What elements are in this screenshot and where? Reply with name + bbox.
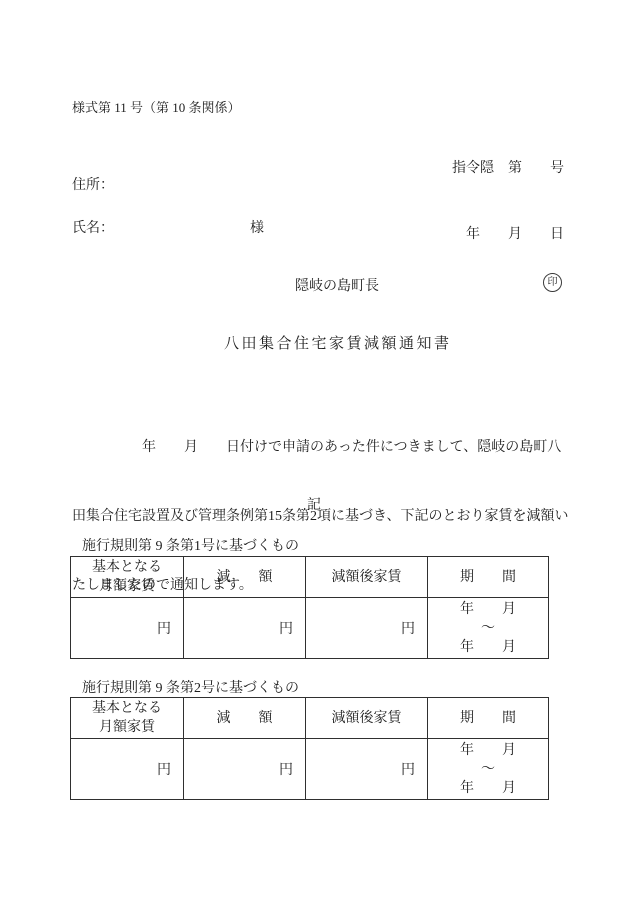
header-reduced-rent: 減額後家賃 — [306, 698, 428, 739]
period-cell: 年 月 ～ 年 月 — [428, 739, 549, 800]
document-page: 様式第 11 号（第 10 条関係） 指令隠 第 号 年 月 日 住所： 氏名：… — [0, 0, 630, 903]
document-title: 八田集合住宅家賃減額通知書 — [224, 332, 452, 353]
header-reduction: 減 額 — [184, 698, 306, 739]
period-cell: 年 月 ～ 年 月 — [428, 598, 549, 659]
header-reduction: 減 額 — [184, 557, 306, 598]
reduction-table-1: 基本となる 月額家賃 減 額 減額後家賃 期 間 円 円 円 年 月 ～ 年 月 — [70, 556, 549, 659]
reduction-cell: 円 — [184, 739, 306, 800]
section-1-heading: 施行規則第 9 条第1号に基づくもの — [82, 535, 299, 555]
directive-date-line: 年 月 日 — [452, 224, 564, 246]
directive-block: 指令隠 第 号 年 月 日 — [452, 114, 564, 290]
header-period: 期 間 — [428, 698, 549, 739]
body-line: 田集合住宅設置及び管理条例第15条第2項に基づき、下記のとおり家賃を減額い — [72, 505, 572, 528]
record-marker: 記 — [307, 494, 321, 514]
seal-icon: 印 — [543, 273, 562, 292]
reduction-cell: 円 — [184, 598, 306, 659]
header-reduced-rent: 減額後家賃 — [306, 557, 428, 598]
address-label: 住所： — [72, 174, 114, 194]
header-period: 期 間 — [428, 557, 549, 598]
issuer-title: 隠岐の島町長 — [295, 275, 379, 295]
table-header-row: 基本となる 月額家賃 減 額 減額後家賃 期 間 — [71, 698, 549, 739]
section-2-heading: 施行規則第 9 条第2号に基づくもの — [82, 677, 299, 697]
header-base-rent: 基本となる 月額家賃 — [71, 557, 184, 598]
reduced-rent-cell: 円 — [306, 739, 428, 800]
seal-text: 印 — [548, 277, 558, 288]
reduction-table-2: 基本となる 月額家賃 減 額 減額後家賃 期 間 円 円 円 年 月 ～ 年 月 — [70, 697, 549, 800]
header-base-rent: 基本となる 月額家賃 — [71, 698, 184, 739]
table-value-row: 円 円 円 年 月 ～ 年 月 — [71, 598, 549, 659]
directive-number-line: 指令隠 第 号 — [452, 158, 564, 180]
name-label: 氏名： — [72, 217, 114, 237]
base-rent-cell: 円 — [71, 739, 184, 800]
base-rent-cell: 円 — [71, 598, 184, 659]
form-number-label: 様式第 11 号（第 10 条関係） — [72, 97, 241, 116]
table-value-row: 円 円 円 年 月 ～ 年 月 — [71, 739, 549, 800]
table-header-row: 基本となる 月額家賃 減 額 減額後家賃 期 間 — [71, 557, 549, 598]
reduced-rent-cell: 円 — [306, 598, 428, 659]
body-line: 年 月 日付けで申請のあった件につきまして、隠岐の島町八 — [72, 436, 572, 459]
name-honorific: 様 — [250, 217, 264, 237]
